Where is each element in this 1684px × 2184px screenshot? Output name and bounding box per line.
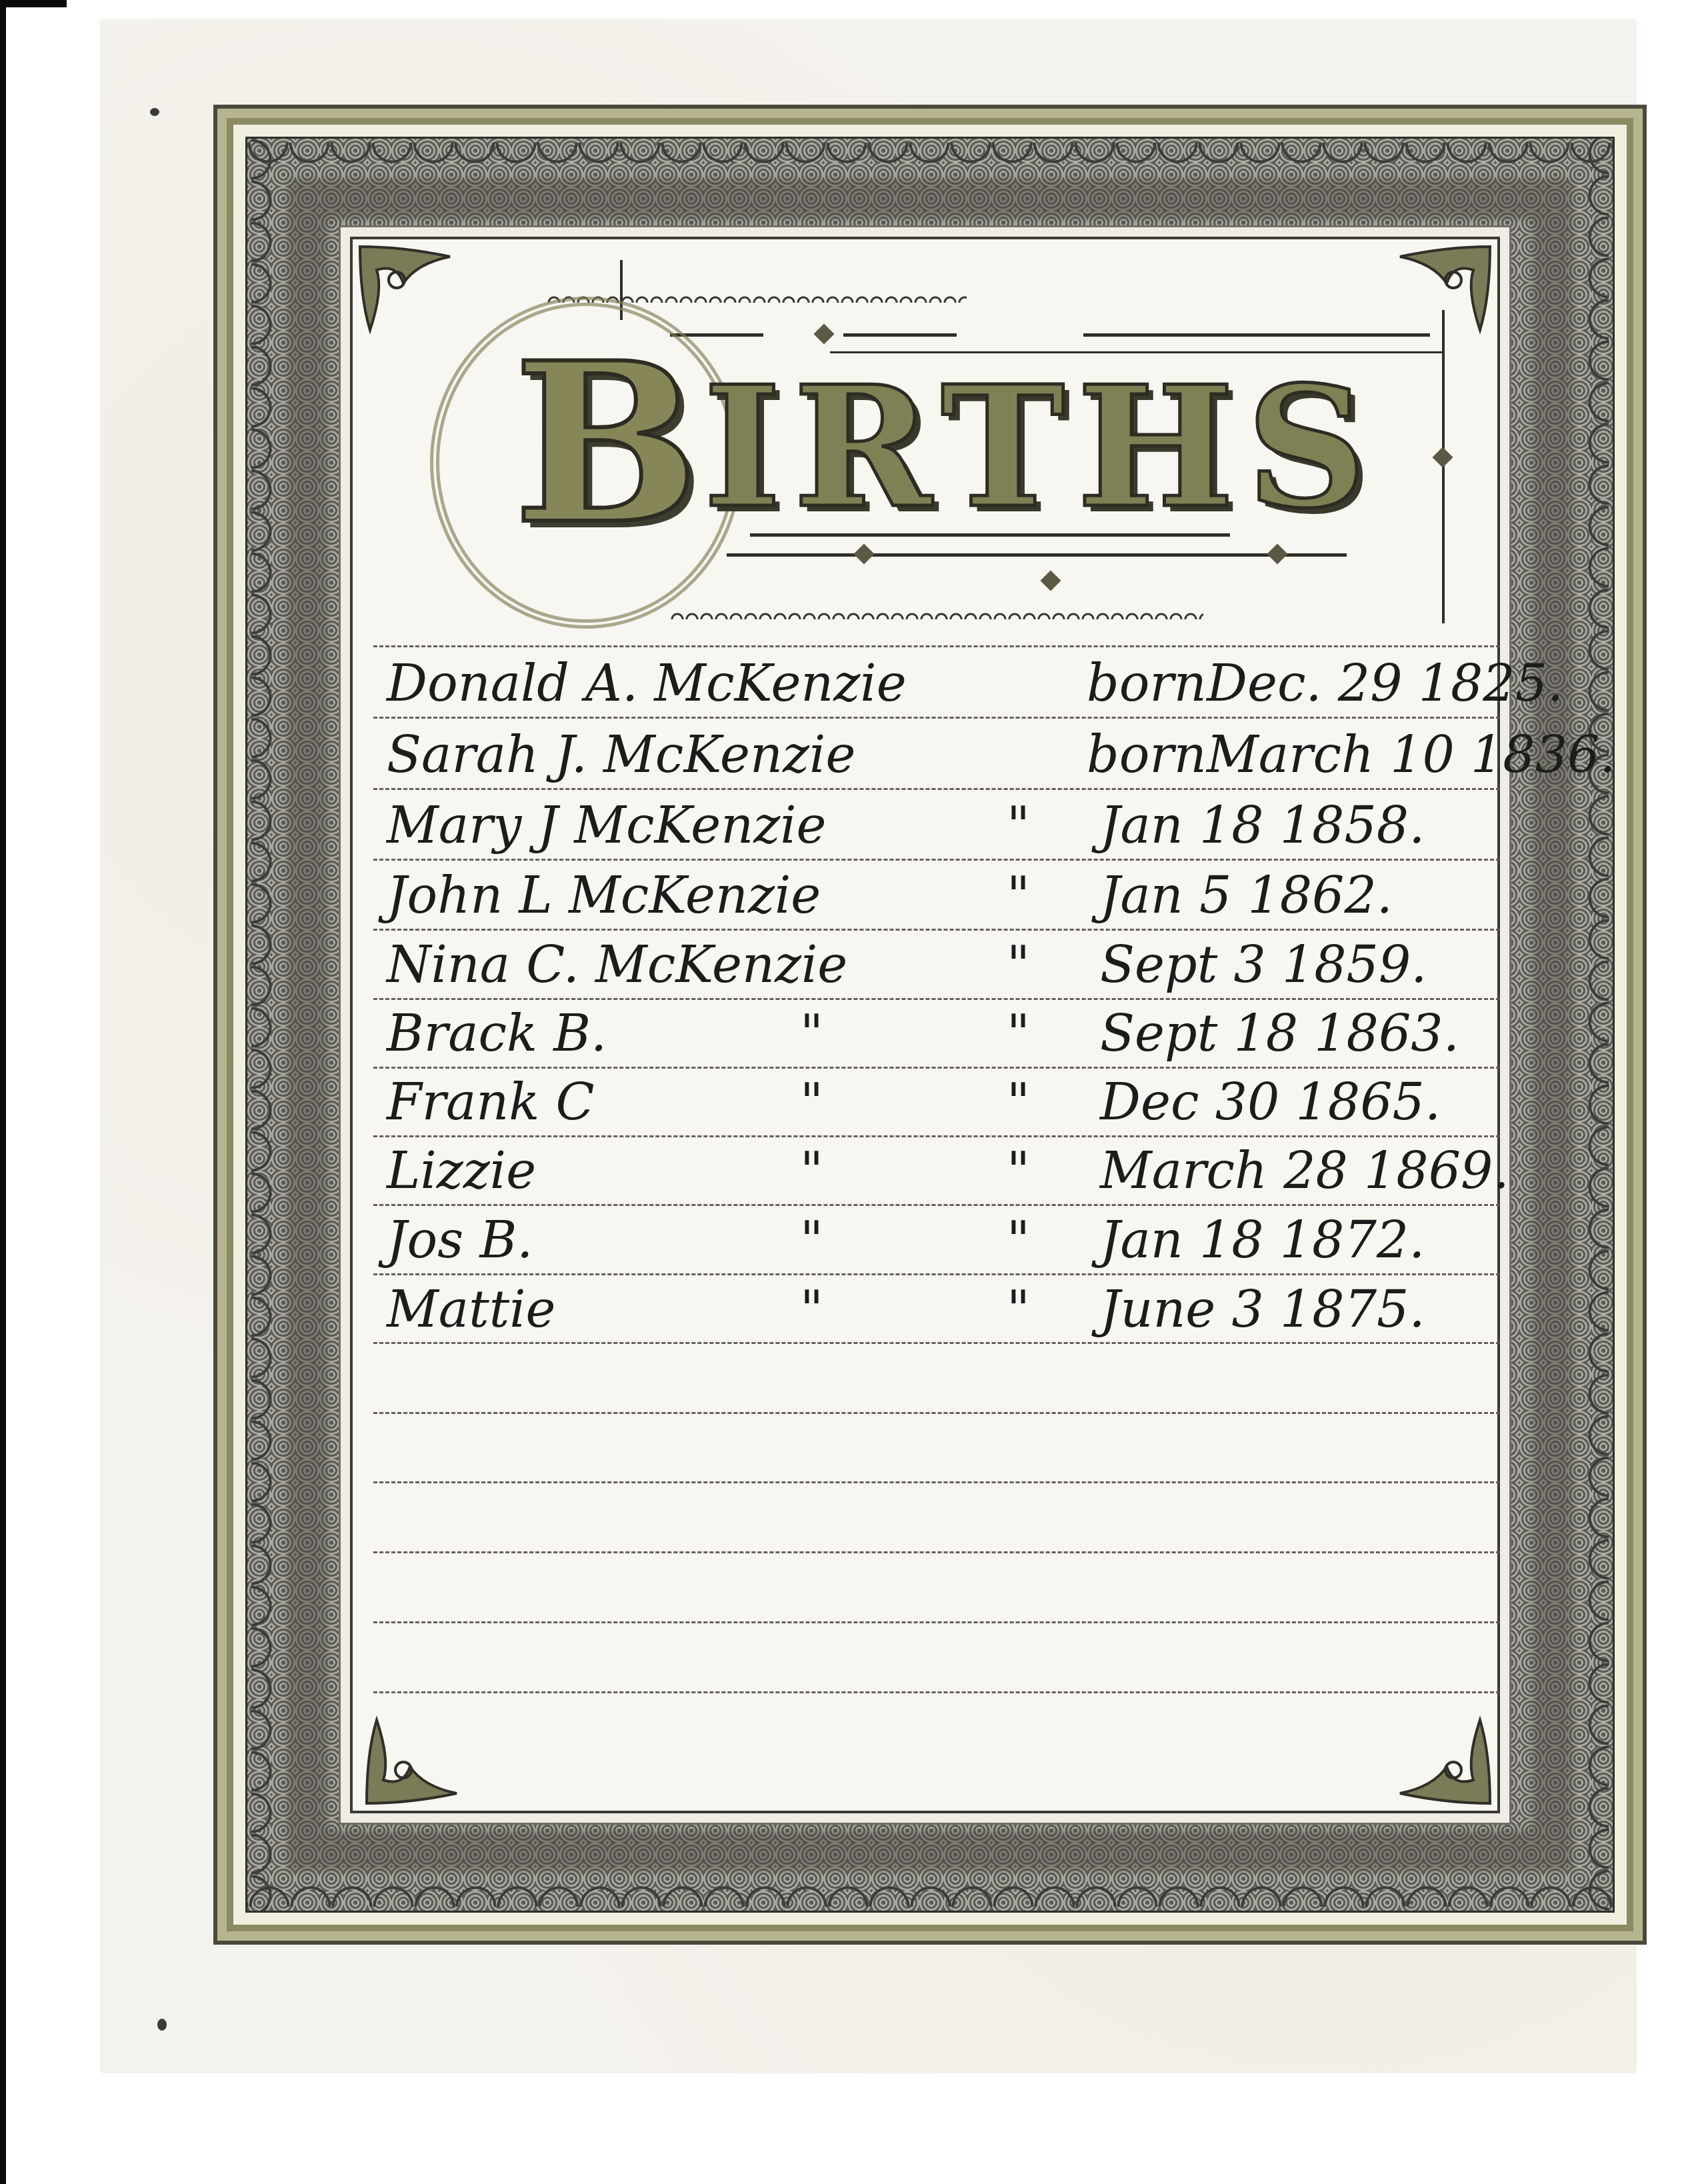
ruled-line — [373, 1551, 1500, 1553]
entry-ditto-surname: " — [800, 1276, 823, 1343]
entry-name: Brack B. — [387, 1000, 607, 1067]
birth-entry: Nina C. McKenzie " Sept 3 1859. — [373, 931, 1500, 998]
entry-date: June 3 1875. — [1100, 1276, 1425, 1343]
scallop-border-left — [251, 139, 285, 1911]
ruled-line — [373, 1204, 1500, 1206]
ruled-line — [373, 1481, 1500, 1483]
paper-speck — [150, 108, 159, 116]
ruled-line — [373, 1621, 1500, 1623]
title-header: B IRTHS — [350, 237, 1500, 645]
center-ornament-icon — [1040, 570, 1061, 591]
entry-ditto-surname: " — [800, 1069, 823, 1135]
quatrefoil-ornament-icon — [1267, 543, 1287, 564]
ornamental-rule — [727, 553, 1347, 557]
ornamental-rule — [750, 533, 1230, 537]
title-initial-letter: B — [513, 337, 673, 550]
ruled-line — [373, 859, 1500, 861]
entry-ditto-born: " — [1007, 1276, 1030, 1343]
diamond-ornament-icon — [813, 323, 834, 344]
entry-name: Donald A. McKenzie — [387, 650, 907, 717]
birth-entry: Brack B. " " Sept 18 1863. — [373, 1000, 1500, 1067]
scallop-border-top — [247, 143, 1613, 176]
page-title: IRTHS — [703, 370, 1379, 523]
birth-entry: Mary J McKenzie " Jan 18 1858. — [373, 792, 1500, 859]
birth-entry: Sarah J. McKenzie born March 10 1836. — [373, 721, 1500, 788]
entry-name: Mattie — [387, 1276, 556, 1343]
ruled-line — [373, 1691, 1500, 1693]
entry-ditto-born: " — [1007, 1207, 1030, 1273]
entry-name: Lizzie — [387, 1137, 536, 1204]
entry-date: Jan 18 1858. — [1100, 792, 1425, 859]
entry-ditto-born: " — [1007, 1069, 1030, 1135]
birth-entry: Mattie " " June 3 1875. — [373, 1276, 1500, 1343]
entry-ditto-surname: " — [800, 1137, 823, 1204]
ornamental-rule — [1083, 333, 1430, 337]
entry-name: Jos B. — [387, 1207, 533, 1273]
ornamental-rule — [843, 333, 957, 337]
birth-entry: Jos B. " " Jan 18 1872. — [373, 1207, 1500, 1273]
entry-name: John L McKenzie — [387, 862, 821, 929]
diamond-ornament-icon — [1432, 447, 1453, 467]
ruled-line — [373, 788, 1500, 790]
ruled-line — [373, 929, 1500, 931]
entry-ditto-surname: " — [800, 1207, 823, 1273]
entry-born-word: born — [1087, 650, 1207, 717]
entry-date: Dec 30 1865. — [1100, 1069, 1441, 1135]
entry-date: Dec. 29 1825. — [1207, 650, 1563, 717]
birth-entry: Frank C " " Dec 30 1865. — [373, 1069, 1500, 1135]
entry-born-word: born — [1087, 721, 1207, 788]
scallop-border-right — [1575, 139, 1609, 1911]
ornamental-wave-line — [670, 610, 1203, 619]
scan-edge-top — [0, 0, 67, 7]
corner-ornament-icon — [1387, 1707, 1500, 1807]
quatrefoil-ornament-icon — [853, 543, 874, 564]
corner-ornament-icon — [357, 1707, 470, 1807]
entry-ditto-born: " — [1007, 1000, 1030, 1067]
entry-date: Jan 5 1862. — [1100, 862, 1393, 929]
entry-name: Sarah J. McKenzie — [387, 721, 855, 788]
entry-ditto-born: " — [1007, 862, 1030, 929]
ruled-line — [373, 717, 1500, 719]
entry-name: Mary J McKenzie — [387, 792, 827, 859]
entry-ditto-born: " — [1007, 931, 1030, 998]
entry-name: Frank C — [387, 1069, 595, 1135]
entry-ditto-surname: " — [800, 1000, 823, 1067]
paper-speck — [157, 2019, 167, 2031]
entry-date: Sept 3 1859. — [1100, 931, 1427, 998]
entry-ditto-born: " — [1007, 792, 1030, 859]
ruled-line — [373, 1412, 1500, 1414]
scan-edge-left — [0, 0, 6, 2184]
ruled-line — [373, 645, 1500, 647]
entry-date: March 28 1869. — [1100, 1137, 1509, 1204]
entry-date: Sept 18 1863. — [1100, 1000, 1459, 1067]
birth-entry: John L McKenzie " Jan 5 1862. — [373, 862, 1500, 929]
entry-date: March 10 1836. — [1207, 721, 1616, 788]
entry-name: Nina C. McKenzie — [387, 931, 847, 998]
entry-date: Jan 18 1872. — [1100, 1207, 1425, 1273]
scallop-border-bottom — [247, 1873, 1613, 1907]
ruled-line — [373, 1273, 1500, 1275]
birth-entry: Lizzie " " March 28 1869. — [373, 1137, 1500, 1204]
entry-ditto-born: " — [1007, 1137, 1030, 1204]
birth-entry: Donald A. McKenzie born Dec. 29 1825. — [373, 650, 1500, 717]
